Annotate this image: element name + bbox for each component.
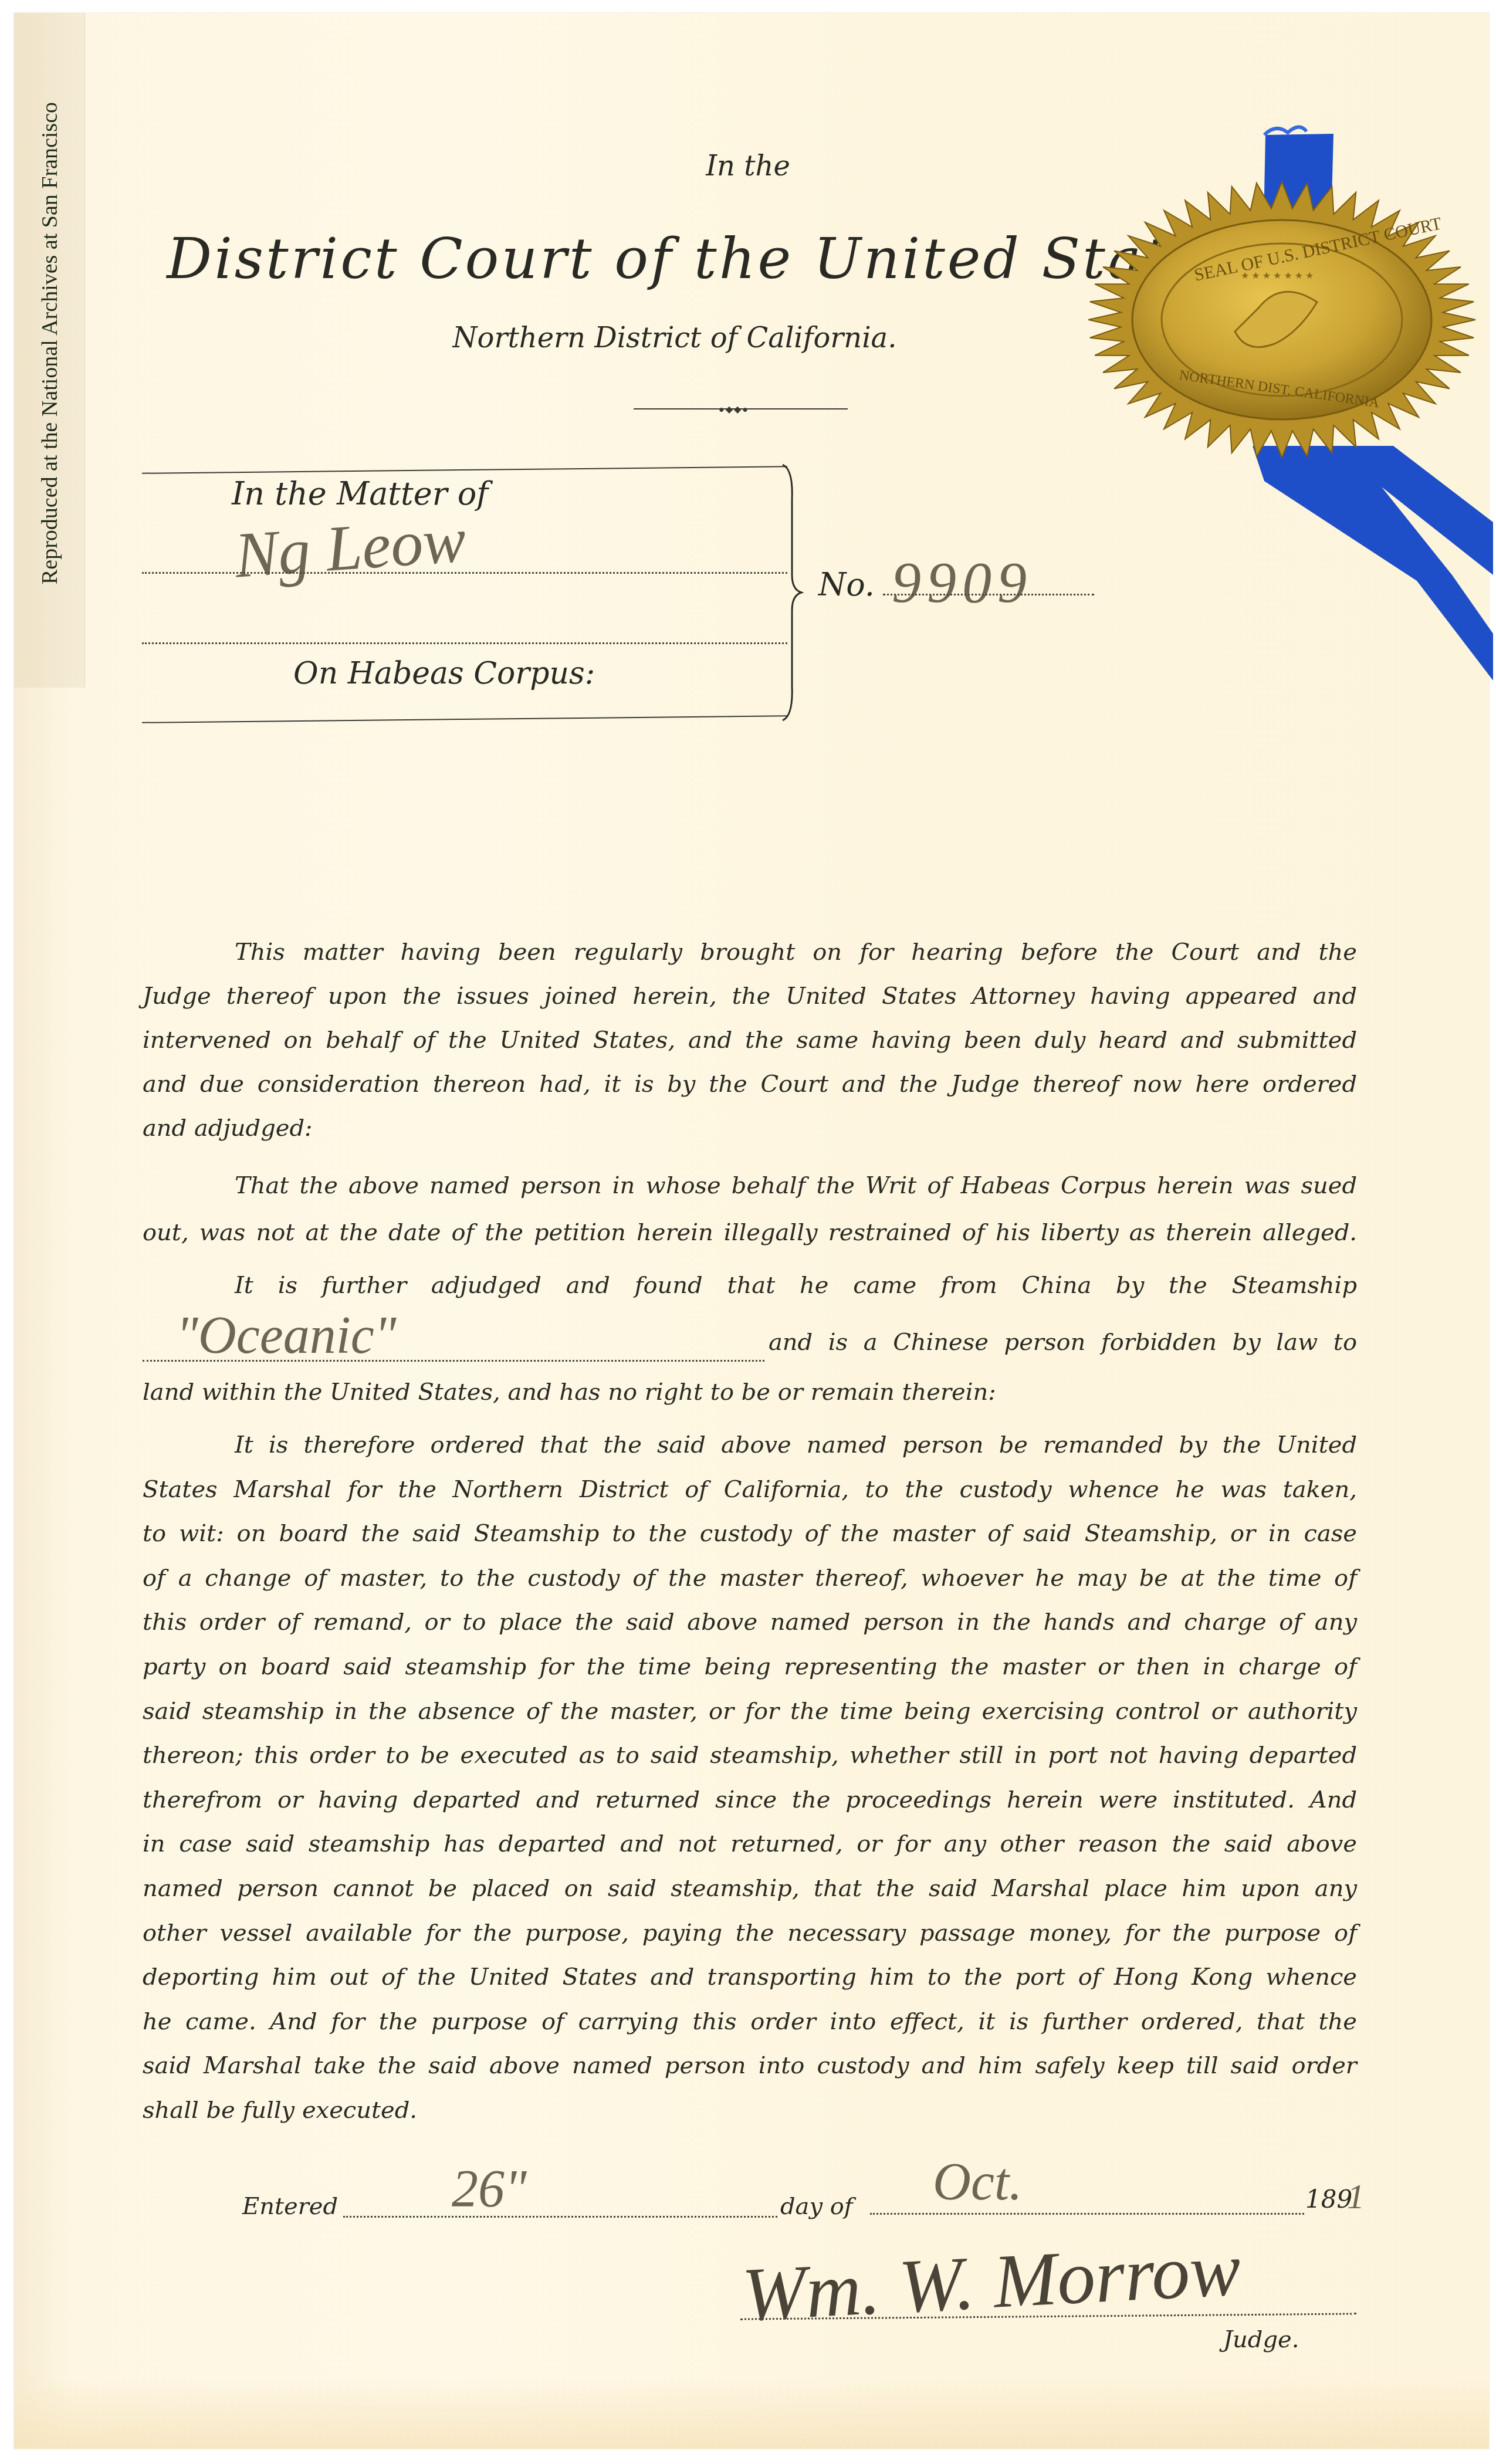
steamship-name: "Oceanic"	[176, 1305, 396, 1366]
ornament-icon: ●◆◆●	[719, 404, 749, 415]
paragraph4-line: he came. And for the purpose of carrying…	[143, 2008, 1357, 2035]
paragraph1-line: This matter having been regularly brough…	[235, 939, 1357, 966]
judge-title: Judge.	[1223, 2326, 1299, 2353]
entry-month: Oct.	[933, 2152, 1022, 2212]
case-number-label: No.	[818, 566, 875, 603]
paragraph4-line: said Marshal take the said above named p…	[143, 2052, 1357, 2079]
petitioner-line	[142, 572, 787, 574]
paragraph4-line: said steamship in the absence of the mas…	[143, 1698, 1357, 1725]
paragraph4-line: deporting him out of the United States a…	[143, 1964, 1357, 1991]
paragraph4-line: therefrom or having departed and returne…	[143, 1786, 1357, 1813]
paragraph4-line: named person cannot be placed on said st…	[143, 1875, 1357, 1902]
petitioner-line-2	[142, 642, 787, 644]
court-seal: ★ ★ ★ ★ ★ ★ ★ SEAL OF U.S. DISTRICT COUR…	[1088, 117, 1496, 821]
entry-day: 26"	[452, 2159, 527, 2219]
steamship-finding-line2: and is a Chinese person forbidden by law…	[769, 1329, 1357, 1356]
paragraph4-line: to wit: on board the said Steamship to t…	[143, 1520, 1357, 1547]
steamship-line	[143, 1360, 764, 1362]
year-suffix: 1	[1347, 2177, 1365, 2217]
paragraph1-line: and adjudged:	[143, 1115, 1357, 1142]
paragraph4-line: in case said steamship has departed and …	[143, 1830, 1357, 1857]
brace-icon	[780, 463, 804, 722]
steamship-finding-line1: It is further adjudged and found that he…	[235, 1272, 1357, 1299]
day-of-label: day of	[780, 2193, 853, 2220]
case-number-line	[883, 594, 1094, 595]
paragraph1-line: and due consideration thereon had, it is…	[143, 1071, 1357, 1098]
paragraph4-line: shall be fully executed.	[143, 2097, 1357, 2124]
day-line	[343, 2216, 777, 2218]
paragraph4-line: of a change of master, to the custody of…	[143, 1565, 1357, 1592]
entered-label: Entered	[242, 2193, 338, 2220]
paragraph2-line: out, was not at the date of the petition…	[143, 1219, 1357, 1246]
paragraph4-line: party on board said steamship for the ti…	[143, 1653, 1357, 1680]
paragraph4-line: thereon; this order to be executed as to…	[143, 1742, 1357, 1769]
proceeding-label: On Habeas Corpus:	[293, 656, 595, 691]
paragraph1-line: intervened on behalf of the United State…	[143, 1027, 1357, 1054]
month-line	[870, 2213, 1304, 2215]
paragraph4-line: It is therefore ordered that the said ab…	[235, 1431, 1357, 1458]
paragraph1-line: Judge thereof upon the issues joined her…	[143, 983, 1357, 1010]
paragraph4-line: this order of remand, or to place the sa…	[143, 1609, 1357, 1636]
year-prefix: 189	[1305, 2185, 1352, 2213]
case-number: 9909	[892, 549, 1033, 616]
paragraph2-line: That the above named person in whose beh…	[235, 1172, 1357, 1199]
paragraph4-line: States Marshal for the Northern District…	[143, 1476, 1357, 1503]
steamship-finding-line3: land within the United States, and has n…	[143, 1379, 1357, 1406]
paragraph4-line: other vessel available for the purpose, …	[143, 1920, 1357, 1947]
